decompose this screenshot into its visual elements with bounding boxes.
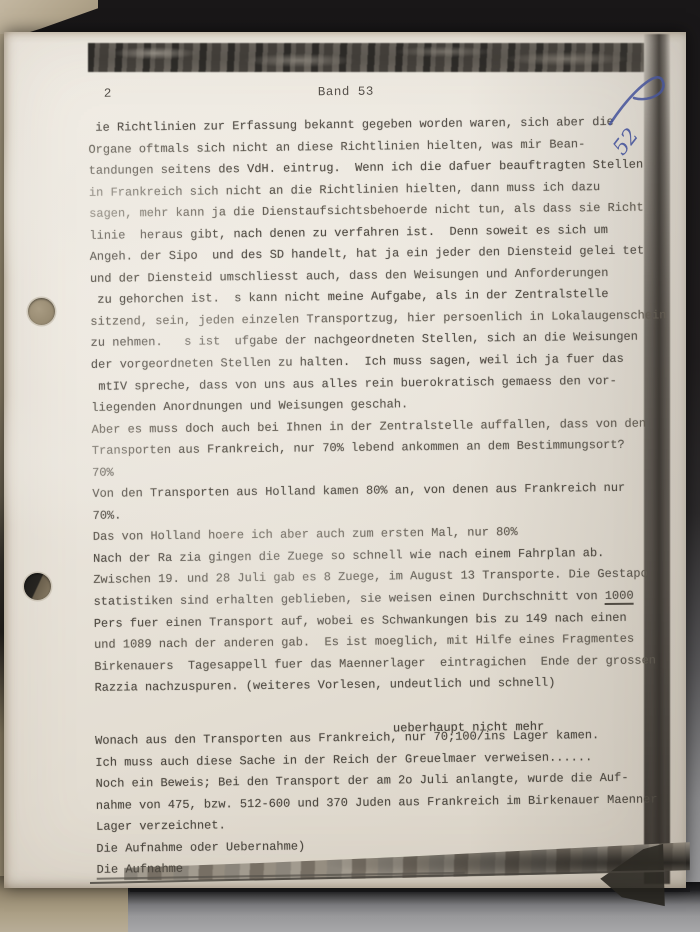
typewritten-text-main: ie Richtlinien zur Erfassung bekannt geg… [88, 111, 681, 699]
handwritten-annotation: 52 [596, 58, 680, 168]
photo-of-scanned-document: 2 Band 53 ie Richtlinien zur Erfassung b… [0, 0, 700, 932]
volume-title: Band 53 [318, 85, 374, 100]
page-number: 2 [104, 87, 112, 101]
annotation-number: 52 [608, 124, 643, 160]
pen-flourish [610, 77, 663, 124]
punch-hole-top [28, 298, 55, 325]
document-page: 2 Band 53 ie Richtlinien zur Erfassung b… [4, 32, 686, 888]
typewritten-text-bottom: Wonach aus den Transporten aus Frankreic… [95, 724, 683, 881]
underline-mark-1000 [605, 603, 634, 605]
typed-content: 2 Band 53 ie Richtlinien zur Erfassung b… [0, 28, 691, 892]
punch-hole-bottom [24, 573, 51, 600]
